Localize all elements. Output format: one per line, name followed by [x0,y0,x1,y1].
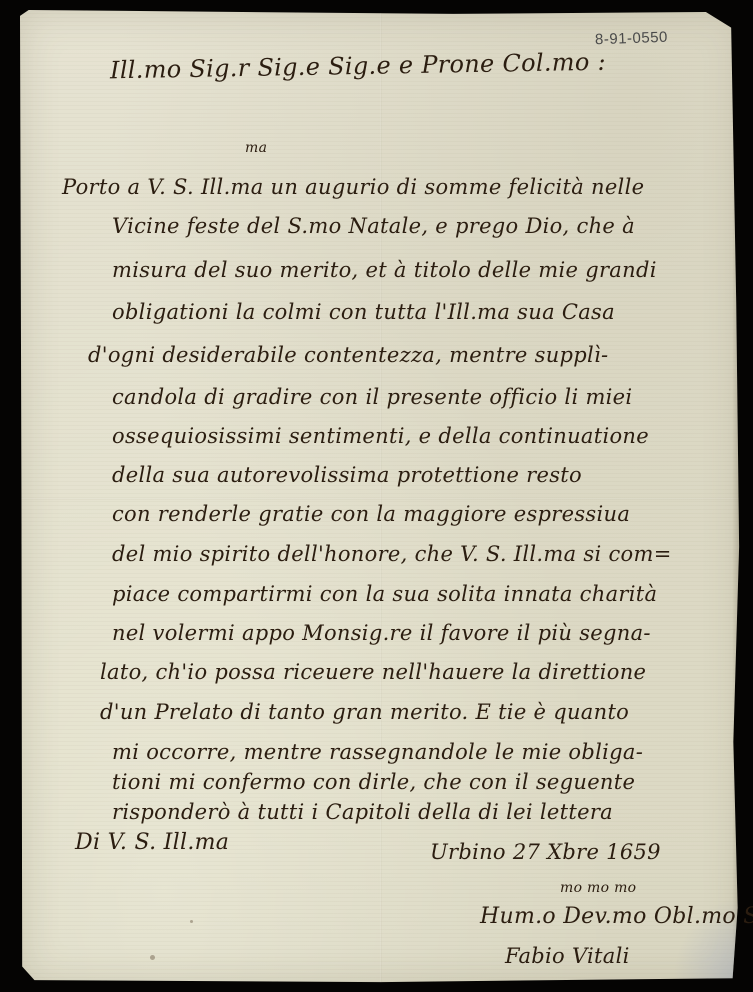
body-line-14: d'un Prelato di tanto gran merito. E tie… [100,700,629,724]
superscript-ma: ma [245,140,267,156]
paper-edge-shadow [732,10,742,986]
closing-formula: Di V. S. Ill.ma [75,830,229,855]
signature-superscripts: mo mo mo [560,880,636,896]
body-line-12: nel volermi appo Monsig.re il favore il … [112,621,651,645]
body-line-15: mi occorre, mentre rassegnandole le mie … [112,740,643,764]
place-and-date: Urbino 27 Xbre 1659 [430,840,661,864]
body-line-1: Porto a V. S. Ill.ma un augurio di somme… [62,175,644,199]
body-line-17: risponderò à tutti i Capitoli della di l… [112,800,613,824]
archive-id: 8-91-0550 [595,29,668,49]
body-line-11: piace compartirmi con la sua solita inna… [112,582,657,606]
body-line-8: della sua autorevolissima protettione re… [112,463,582,487]
body-line-3: misura del suo merito, et à titolo delle… [112,258,657,282]
body-line-10: del mio spirito dell'honore, che V. S. I… [112,542,672,566]
body-line-4: obligationi la colmi con tutta l'Ill.ma … [112,300,615,324]
ink-spot [150,955,155,960]
ink-spot [190,920,193,923]
body-line-16: tioni mi confermo con dirle, che con il … [112,770,635,794]
signature-name: Fabio Vitali [505,944,630,968]
body-line-9: con renderle gratie con la maggiore espr… [112,502,630,526]
body-line-5: d'ogni desiderabile contentezza, mentre … [88,343,608,367]
body-line-7: ossequiosissimi sentimenti, e della cont… [112,424,649,448]
body-line-13: lato, ch'io possa riceuere nell'hauere l… [100,660,646,684]
body-line-2: Vicine feste del S.mo Natale, e prego Di… [112,214,635,238]
paper-fold-horizontal [20,498,742,500]
signature-closing: Hum.o Dev.mo Obl.mo Ser.re [480,904,753,929]
scan-stage: 8-91-0550 Ill.mo Sig.r Sig.e Sig.e e Pro… [0,0,753,992]
body-line-6: candola di gradire con il presente offic… [112,385,632,409]
